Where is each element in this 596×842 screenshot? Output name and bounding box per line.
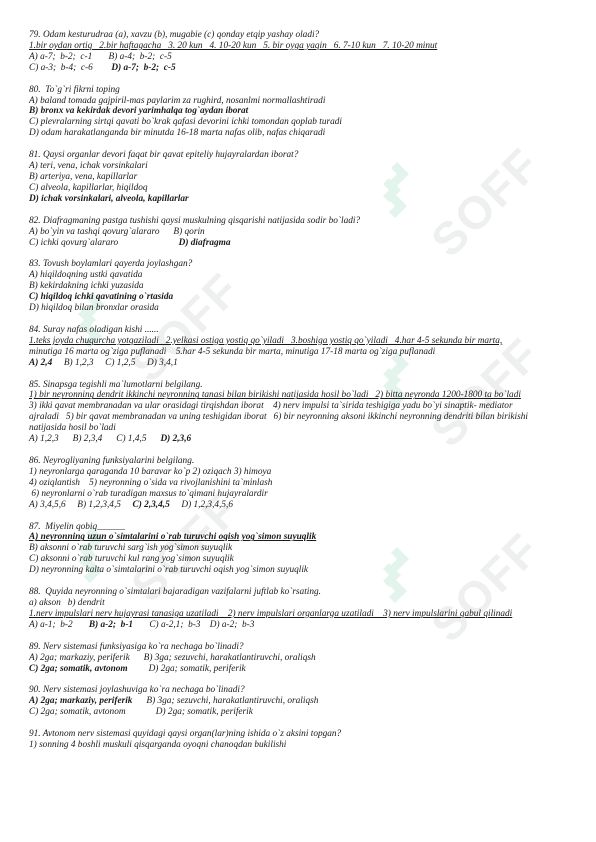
question-line: A) a-1; b-2 B) a-2; b-1 C) a-2,1; b-3 D)… [29,620,577,631]
question-87: 87. Miyelin qobiq______A) neyronning uzu… [29,522,577,577]
question-line: 3) ikki qavat membranadan va ular orasid… [29,401,577,412]
question-text: 89. Nerv sistemasi funksiyasiga ko`ra ne… [29,642,577,653]
question-line: a) akson b) dendrit [29,598,577,609]
question-line: A) hiqildoqning ustki qavatida [29,270,577,281]
question-line: B) kekirdakning ichki yuzasida [29,281,577,292]
question-text: 82. Diafragmaning pastga tushishi qaysi … [29,216,577,227]
correct-answer: C) 2ga; somatik, avtonom [29,664,128,674]
question-line: D) hiqildoq bilan bronxlar orasida [29,303,577,314]
correct-answer: A) 2ga; markaziy, periferik [29,696,132,706]
question-line: 6) neyronlarni o`rab turadigan maxsus to… [29,489,577,500]
question-line: D) ichak vorsinkalari, alveola, kapillar… [29,194,577,205]
question-line: D) odam harakatlanganda bir minutda 16-1… [29,128,577,139]
question-line: 1) sonning 4 boshli muskuli qisqarganda … [29,740,577,751]
question-line: A) teri, vena, ichak vorsinkalari [29,161,577,172]
question-88: 88. Quyida neyronning o`simtalari bajara… [29,587,577,631]
question-line: 4) oziqlantish 5) neyronning o`sida va r… [29,478,577,489]
question-line: 1.teks joyda chuqurcha yotqaziladi 2.yel… [29,336,577,347]
question-line: 1.nerv impulslari nerv hujayrasi tanasig… [29,609,577,620]
question-line: A) 2ga; markaziy, periferik B) 3ga; sezu… [29,653,577,664]
question-line: B) arteriya, vena, kapillarlar [29,172,577,183]
question-text: 85. Sinapsga tegishli ma`lumotlarni belg… [29,380,577,391]
question-90: 90. Nerv sistemasi joylashuviga ko`ra ne… [29,685,577,718]
question-line: A) baland tomada gajpiril-mas paylarim z… [29,96,577,107]
question-text: 83. Tovush boylamlari qayerda joylashgan… [29,259,577,270]
question-text: 88. Quyida neyronning o`simtalari bajara… [29,587,577,598]
question-89: 89. Nerv sistemasi funksiyasiga ko`ra ne… [29,642,577,675]
question-line: A) 1,2,3 B) 2,3,4 C) 1,4,5 D) 2,3,6 [29,434,577,445]
question-85: 85. Sinapsga tegishli ma`lumotlarni belg… [29,380,577,445]
correct-answer: B) a-2; b-1 [89,620,133,630]
question-line: A) 3,4,5,6 B) 1,2,3,4,5 C) 2,3,4,5 D) 1,… [29,500,577,511]
correct-answer: A) 2,4 [29,358,52,368]
question-line: B) bronx va kekirdak devori yarimhalqa t… [29,106,577,117]
question-text: 79. Odam kesturudraa (a), xavzu (b), mug… [29,30,577,41]
question-line: minutiga 16 marta og`ziga puflanadi 5.ha… [29,347,577,358]
question-line: 1.bir oydan ortiq 2.bir haftagacha 3. 20… [29,41,577,52]
question-text: 80. To`g`ri fikrni toping [29,85,577,96]
question-86: 86. Neyrogliyaning funksiyalarini belgil… [29,456,577,511]
question-81: 81. Qaysi organlar devori faqat bir qava… [29,150,577,205]
question-text: 81. Qaysi organlar devori faqat bir qava… [29,150,577,161]
question-line: 1) bir neyronning dendrit ikkinchi neyro… [29,390,577,401]
question-line: C) alveola, kapillarlar, hiqildoq [29,183,577,194]
question-line: B) aksonni o`rab turuvchi sarg`ish yog`s… [29,543,577,554]
question-text: 84. Suray nafas oladigan kishi ...... [29,325,577,336]
question-82: 82. Diafragmaning pastga tushishi qaysi … [29,216,577,249]
correct-answer: D) diafragma [179,238,231,248]
question-text: 86. Neyrogliyaning funksiyalarini belgil… [29,456,577,467]
question-line: C) plevralarning sirtqi qavati bo`krak q… [29,117,577,128]
question-text: 91. Avtonom nerv sistemasi quyidagi qays… [29,729,577,740]
question-line: C) ichki qovurg`alararo D) diafragma [29,238,577,249]
question-line: D) neyronning kalta o`simtalarini o`rab … [29,565,577,576]
question-text: 90. Nerv sistemasi joylashuviga ko`ra ne… [29,685,577,696]
question-line: A) a-7; b-2; c-1 B) a-4; b-2; c-5 [29,52,577,63]
correct-answer: D) 2,3,6 [160,434,191,444]
correct-answer: C) 2,3,4,5 [133,500,170,510]
question-line: C) hiqildoq ichki qavatining o`rtasida [29,292,577,303]
question-84: 84. Suray nafas oladigan kishi ......1.t… [29,325,577,369]
correct-answer: D) a-7; b-2; c-5 [111,63,175,73]
question-line: A) neyronning uzun o`simtalarini o`rab t… [29,532,577,543]
question-line: ajraladi 5) bir qavat membranadan va uni… [29,412,577,423]
question-line: natijasida hosil bo`ladi [29,423,577,434]
question-line: A) 2,4 B) 1,2,3 C) 1,2,5 D) 3,4,1 [29,358,577,369]
question-line: C) 2ga; somatik, avtonom D) 2ga; somatik… [29,707,577,718]
question-text: 87. Miyelin qobiq______ [29,522,577,533]
test-page: 79. Odam kesturudraa (a), xavzu (b), mug… [29,30,577,762]
question-line: C) aksonni o`rab turuvchi kul rang yog`s… [29,554,577,565]
question-91: 91. Avtonom nerv sistemasi quyidagi qays… [29,729,577,751]
question-line: A) bo`yin va tashqi qovurg`alararo B) qo… [29,227,577,238]
question-83: 83. Tovush boylamlari qayerda joylashgan… [29,259,577,314]
question-80: 80. To`g`ri fikrni topingA) baland tomad… [29,85,577,140]
question-79: 79. Odam kesturudraa (a), xavzu (b), mug… [29,30,577,74]
question-line: A) 2ga; markaziy, periferik B) 3ga; sezu… [29,696,577,707]
question-line: C) 2ga; somatik, avtonom D) 2ga; somatik… [29,664,577,675]
question-line: 1) neyronlarga qaraganda 10 baravar ko`p… [29,467,577,478]
question-line: C) a-3; b-4; c-6 D) a-7; b-2; c-5 [29,63,577,74]
